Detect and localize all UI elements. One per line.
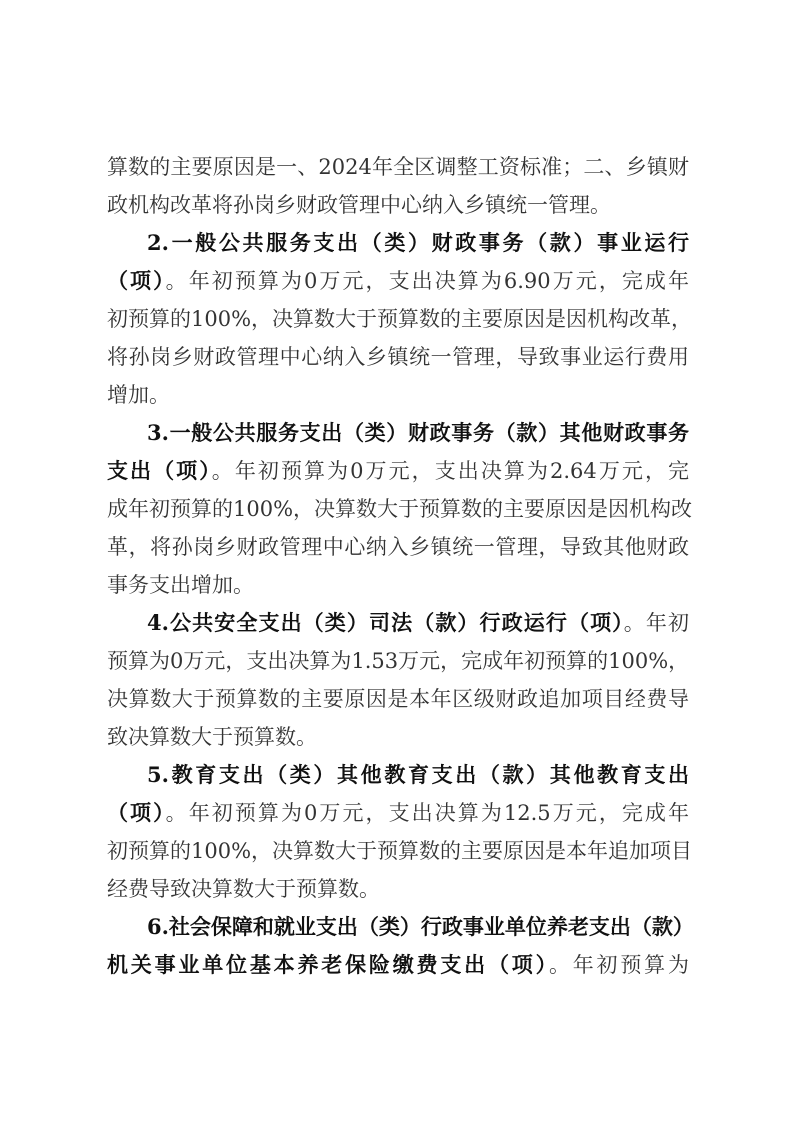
text-line: 增加。	[107, 376, 689, 414]
text-line: 将孙岗乡财政管理中心纳入乡镇统一管理，导致事业运行费用	[107, 338, 689, 376]
item-heading: 6.社会保障和就业支出（类）行政事业单位养老支出（款）	[107, 908, 689, 946]
text-line: 预算为0万元，支出决算为1.53万元，完成年初预算的100%，	[107, 642, 689, 680]
item-heading: 2.一般公共服务支出（类）财政事务（款）事业运行	[107, 224, 689, 262]
text-line: （项）。年初预算为0万元，支出决算为12.5万元，完成年	[107, 794, 689, 832]
text-line: 致决算数大于预算数。	[107, 718, 689, 756]
text-line: 政机构改革将孙岗乡财政管理中心纳入乡镇统一管理。	[107, 186, 689, 224]
text-line: 决算数大于预算数的主要原因是本年区级财政追加项目经费导	[107, 680, 689, 718]
text-line: 支出（项）。年初预算为0万元，支出决算为2.64万元，完	[107, 452, 689, 490]
item-heading: 5.教育支出（类）其他教育支出（款）其他教育支出	[107, 756, 689, 794]
text-line: （项）。年初预算为0万元，支出决算为6.90万元，完成年	[107, 262, 689, 300]
text-line: 革，将孙岗乡财政管理中心纳入乡镇统一管理，导致其他财政	[107, 528, 689, 566]
document-page: 算数的主要原因是一、2024年全区调整工资标准；二、乡镇财 政机构改革将孙岗乡财…	[107, 148, 689, 984]
text-line: 机关事业单位基本养老保险缴费支出（项）。年初预算为	[107, 946, 689, 984]
text-line: 经费导致决算数大于预算数。	[107, 870, 689, 908]
item-heading: 3.一般公共服务支出（类）财政事务（款）其他财政事务	[107, 414, 689, 452]
text-line: 事务支出增加。	[107, 566, 689, 604]
text-line: 算数的主要原因是一、2024年全区调整工资标准；二、乡镇财	[107, 148, 689, 186]
text-line: 成年初预算的100%，决算数大于预算数的主要原因是因机构改	[107, 490, 689, 528]
item-heading: 4.公共安全支出（类）司法（款）行政运行（项）。年初	[107, 604, 689, 642]
text-line: 初预算的100%，决算数大于预算数的主要原因是本年追加项目	[107, 832, 689, 870]
text-line: 初预算的100%，决算数大于预算数的主要原因是因机构改革，	[107, 300, 689, 338]
